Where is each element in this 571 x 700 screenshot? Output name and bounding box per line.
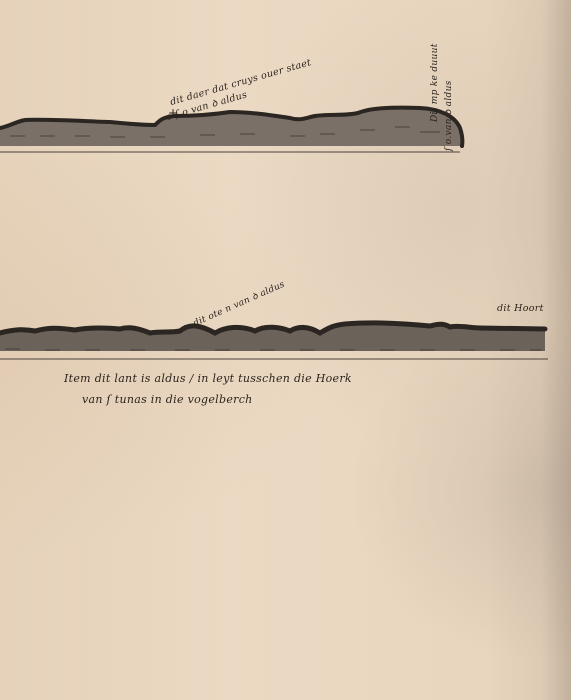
coastal-profile-top: [0, 100, 571, 160]
annotation-vertical-1: Dit mp ke duuut: [430, 43, 440, 122]
annotation-vertical-2: ſ o.van ꝺ aldus: [441, 80, 454, 151]
annotation-right-label: dit Hoort: [497, 303, 544, 314]
caption-line-2: van ſ tunas in die vogelberch: [82, 393, 253, 406]
coastal-profile-bottom: [0, 315, 571, 365]
caption-line-1: Item dit lant is aldus / in leyt tussche…: [64, 372, 352, 385]
